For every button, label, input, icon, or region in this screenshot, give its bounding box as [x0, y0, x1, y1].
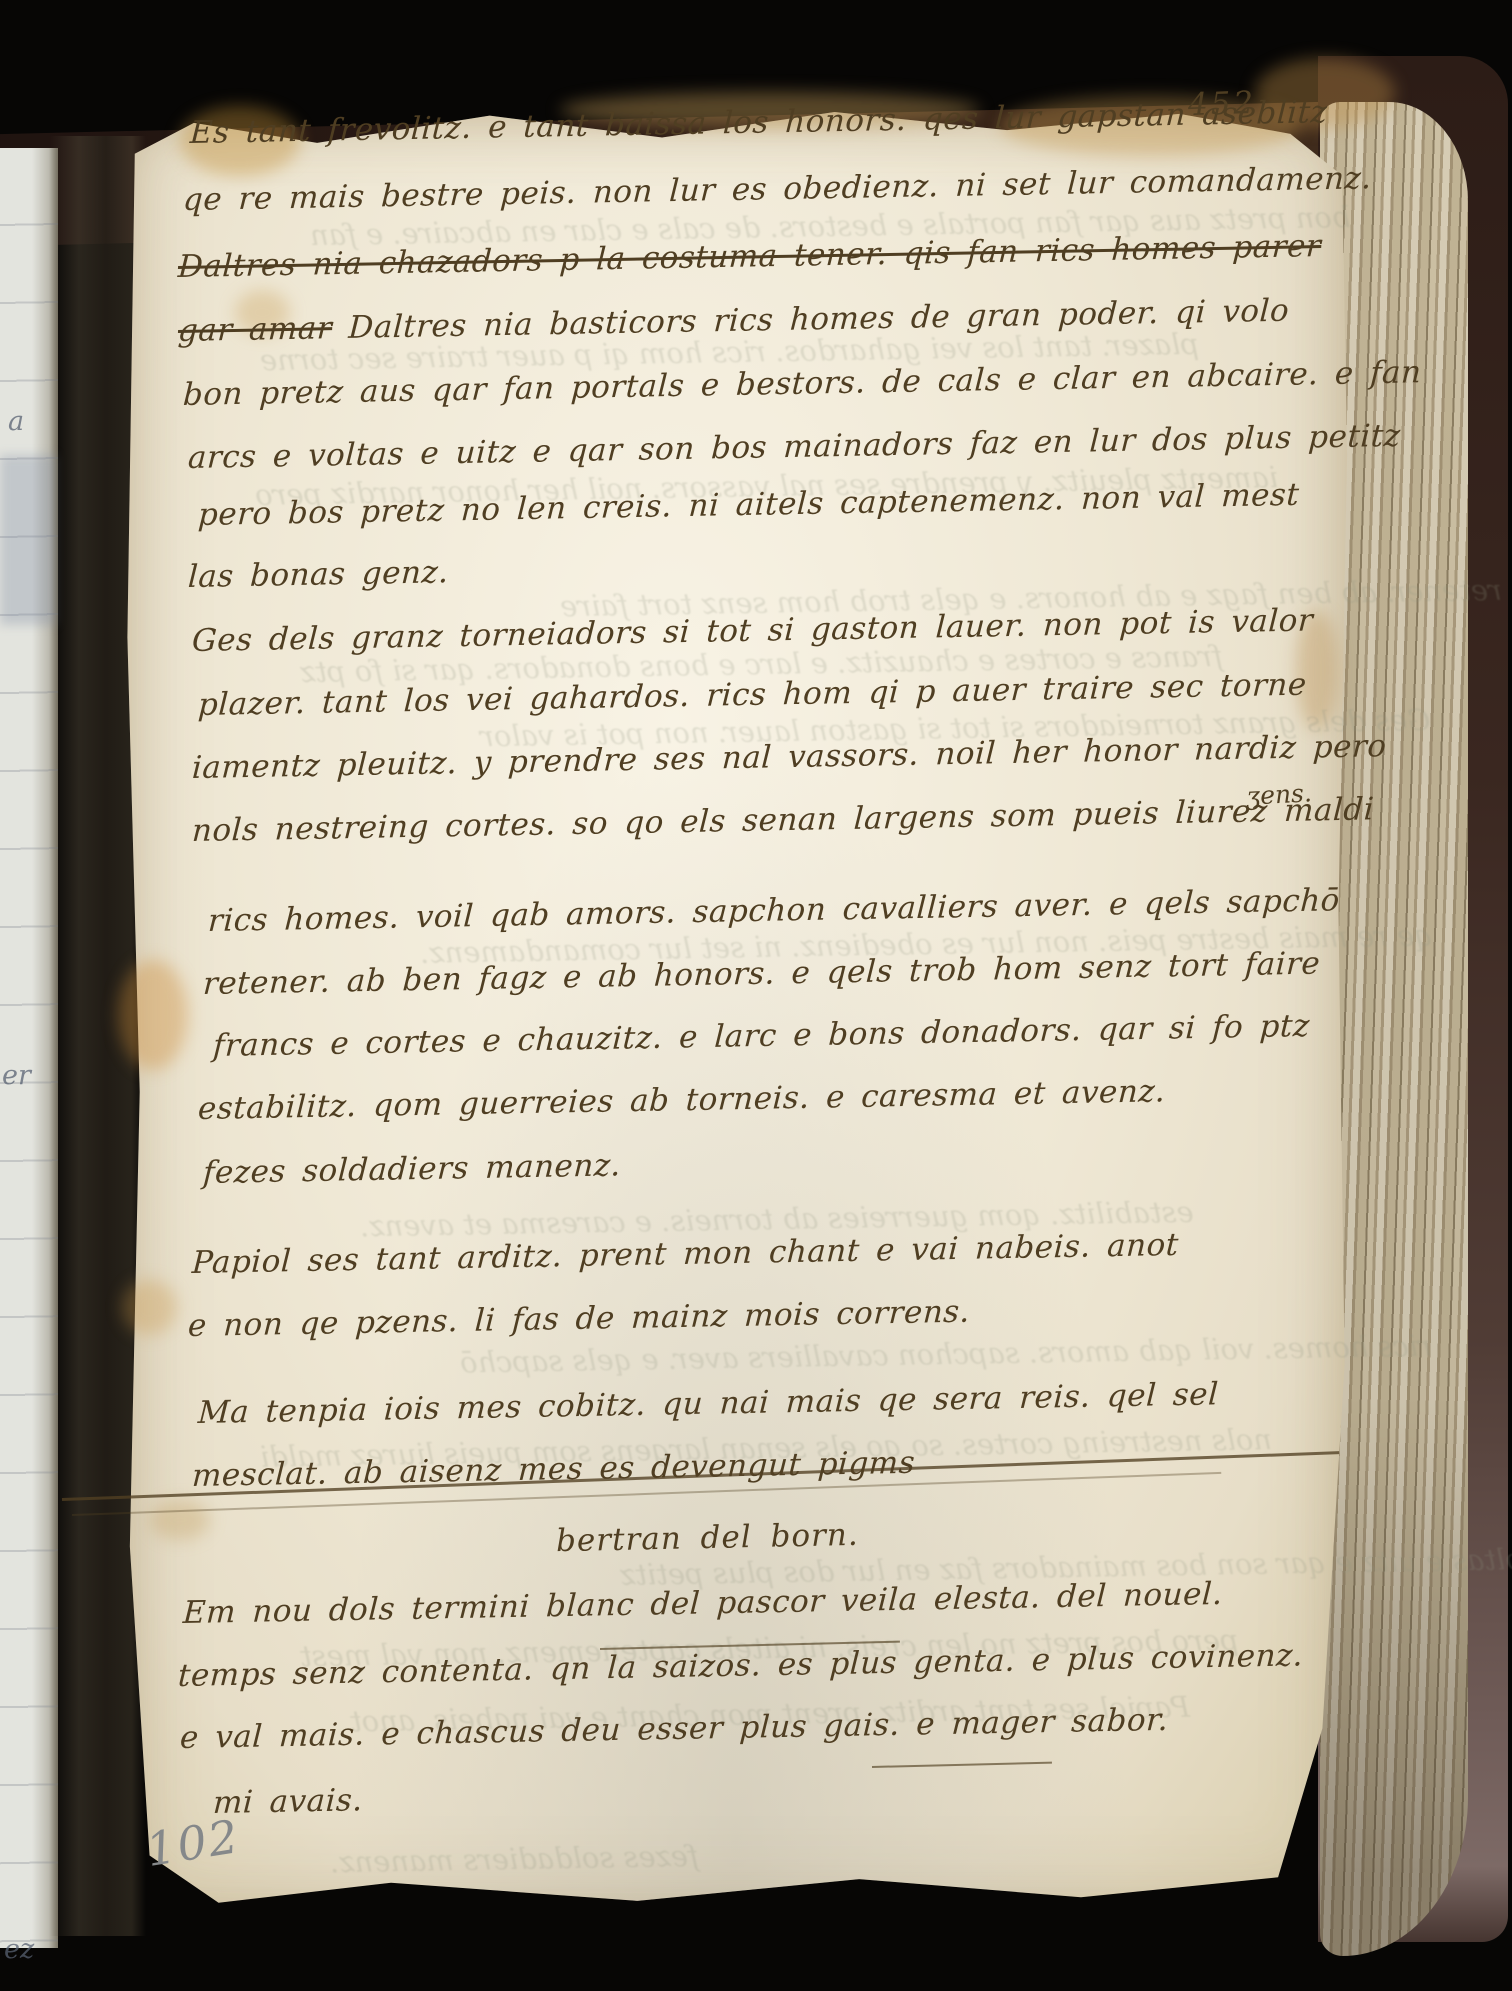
struck-words: gar amar: [177, 310, 333, 349]
manuscript-photo: a er ez bon pretz aus qar fan portals e …: [0, 0, 1512, 1991]
facing-page-mark: a: [8, 406, 24, 437]
section-heading: bertran del born.: [556, 1517, 859, 1559]
interlinear-note: ʒens.: [1245, 778, 1312, 810]
bleed-through-line: fezes soldadiers manenz.: [330, 1842, 699, 1877]
foxing-stain: [118, 960, 188, 1070]
text-line: fezes soldadiers manenz.: [202, 1150, 622, 1189]
text-line: mi avais.: [212, 1785, 363, 1819]
foxing-stain: [150, 1500, 210, 1540]
facing-page-mark: ez: [4, 1934, 34, 1965]
text-line: las bonas genz.: [187, 557, 449, 593]
foxing-stain: [122, 1280, 177, 1335]
facing-page-smudge: [0, 455, 56, 625]
facing-page-mark: er: [2, 1060, 31, 1091]
